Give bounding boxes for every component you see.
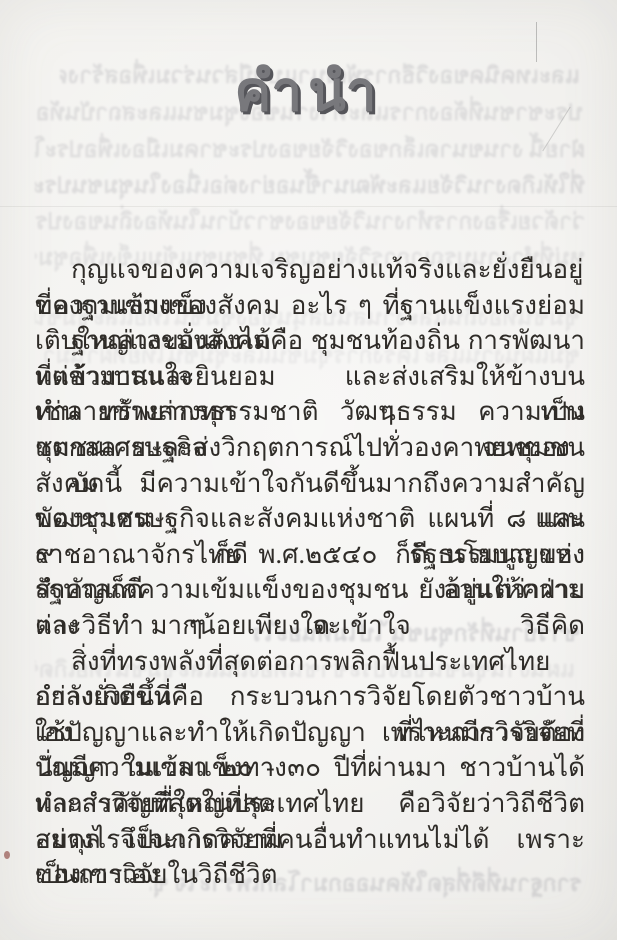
- text-line: สิ่งที่ทรงพลังที่สุดต่อการพลิกฟื้นประเทศ…: [35, 644, 585, 680]
- text-line: เช่น ทรัพยากรธรรมชาติ วัฒนธรรม ความเป็นช…: [35, 394, 585, 430]
- bleedthrough-line: ฝ่ายนี้ งานขนาดเล็กของวิจัยของประชาคมเมื…: [35, 132, 585, 168]
- paper-crease: [0, 206, 617, 207]
- text-line: ของฐานล่างของสังคม อะไร ๆ ที่ฐานแข็งแรงย…: [35, 288, 585, 324]
- text-line: กุญแจของความเจริญอย่างแท้จริงและยั่งยืนอ…: [35, 252, 585, 288]
- body-text: กุญแจของความเจริญอย่างแท้จริงและยั่งยืนอ…: [35, 252, 585, 893]
- paper-speck: [4, 851, 10, 859]
- text-line: แต่ข้างบนและยินยอม และส่งเสริมให้ข้างบนท…: [35, 359, 585, 395]
- text-line: สมดุล เป็นการวิจัยที่คนอื่นทำแทนไม่ได้ เ…: [35, 822, 585, 858]
- scanned-book-page: และเทคนิคของวิธีการพัฒนาแบบมีส่วนร่วมเพื…: [0, 0, 617, 940]
- text-line: ปัญญา ในเวลา ๒๐ - ๓๐ ปีที่ผ่านมา ชาวบ้าน…: [35, 750, 585, 786]
- text-line: ราชอาณาจักรไทย พ.ศ.๒๕๔๐ ก็ดี นโยบายของรั…: [35, 537, 585, 573]
- text-line: ฐานล่างของสังคมคือ ชุมชนท้องถิ่น การพัฒน…: [35, 323, 585, 359]
- text-line: ของเขาเอง: [35, 857, 585, 893]
- text-line: กำลังเกิดขึ้นคือ กระบวนการวิจัยโดยตัวชาว…: [35, 679, 585, 715]
- text-line: บัดนี้ มีความเข้าใจกันดีขึ้นมากถึงความสำ…: [35, 466, 585, 502]
- page-title: คำนำ: [0, 48, 617, 135]
- bleedthrough-line: ว่าด้วยเรื่องการทำงานวิจัยของชาวบ้านในท้…: [35, 204, 585, 240]
- text-line: และสำคัญที่สุดในประเทศไทย คือวิจัยว่าวิถ…: [35, 786, 585, 822]
- text-line: พัฒนาเศรษฐกิจและสังคมแห่งชาติ แผนที่ ๘ แ…: [35, 501, 585, 537]
- text-line: แตกสลายและส่งวิกฤตการณ์ไปทั่วองคาพยพของส…: [35, 430, 585, 466]
- text-line: ใช้ปัญญาและทำให้เกิดปัญญา ที่ไหนมีการวิจ…: [35, 715, 585, 751]
- bleedthrough-line: ที่ให้เกิดงานวิจัยและพัฒนาขึ้นอย่างต่อเน…: [35, 168, 585, 204]
- text-line: สำคัญแก่ความเข้มแข็งของชุมชน ยังอยู่แต่ว…: [35, 572, 585, 608]
